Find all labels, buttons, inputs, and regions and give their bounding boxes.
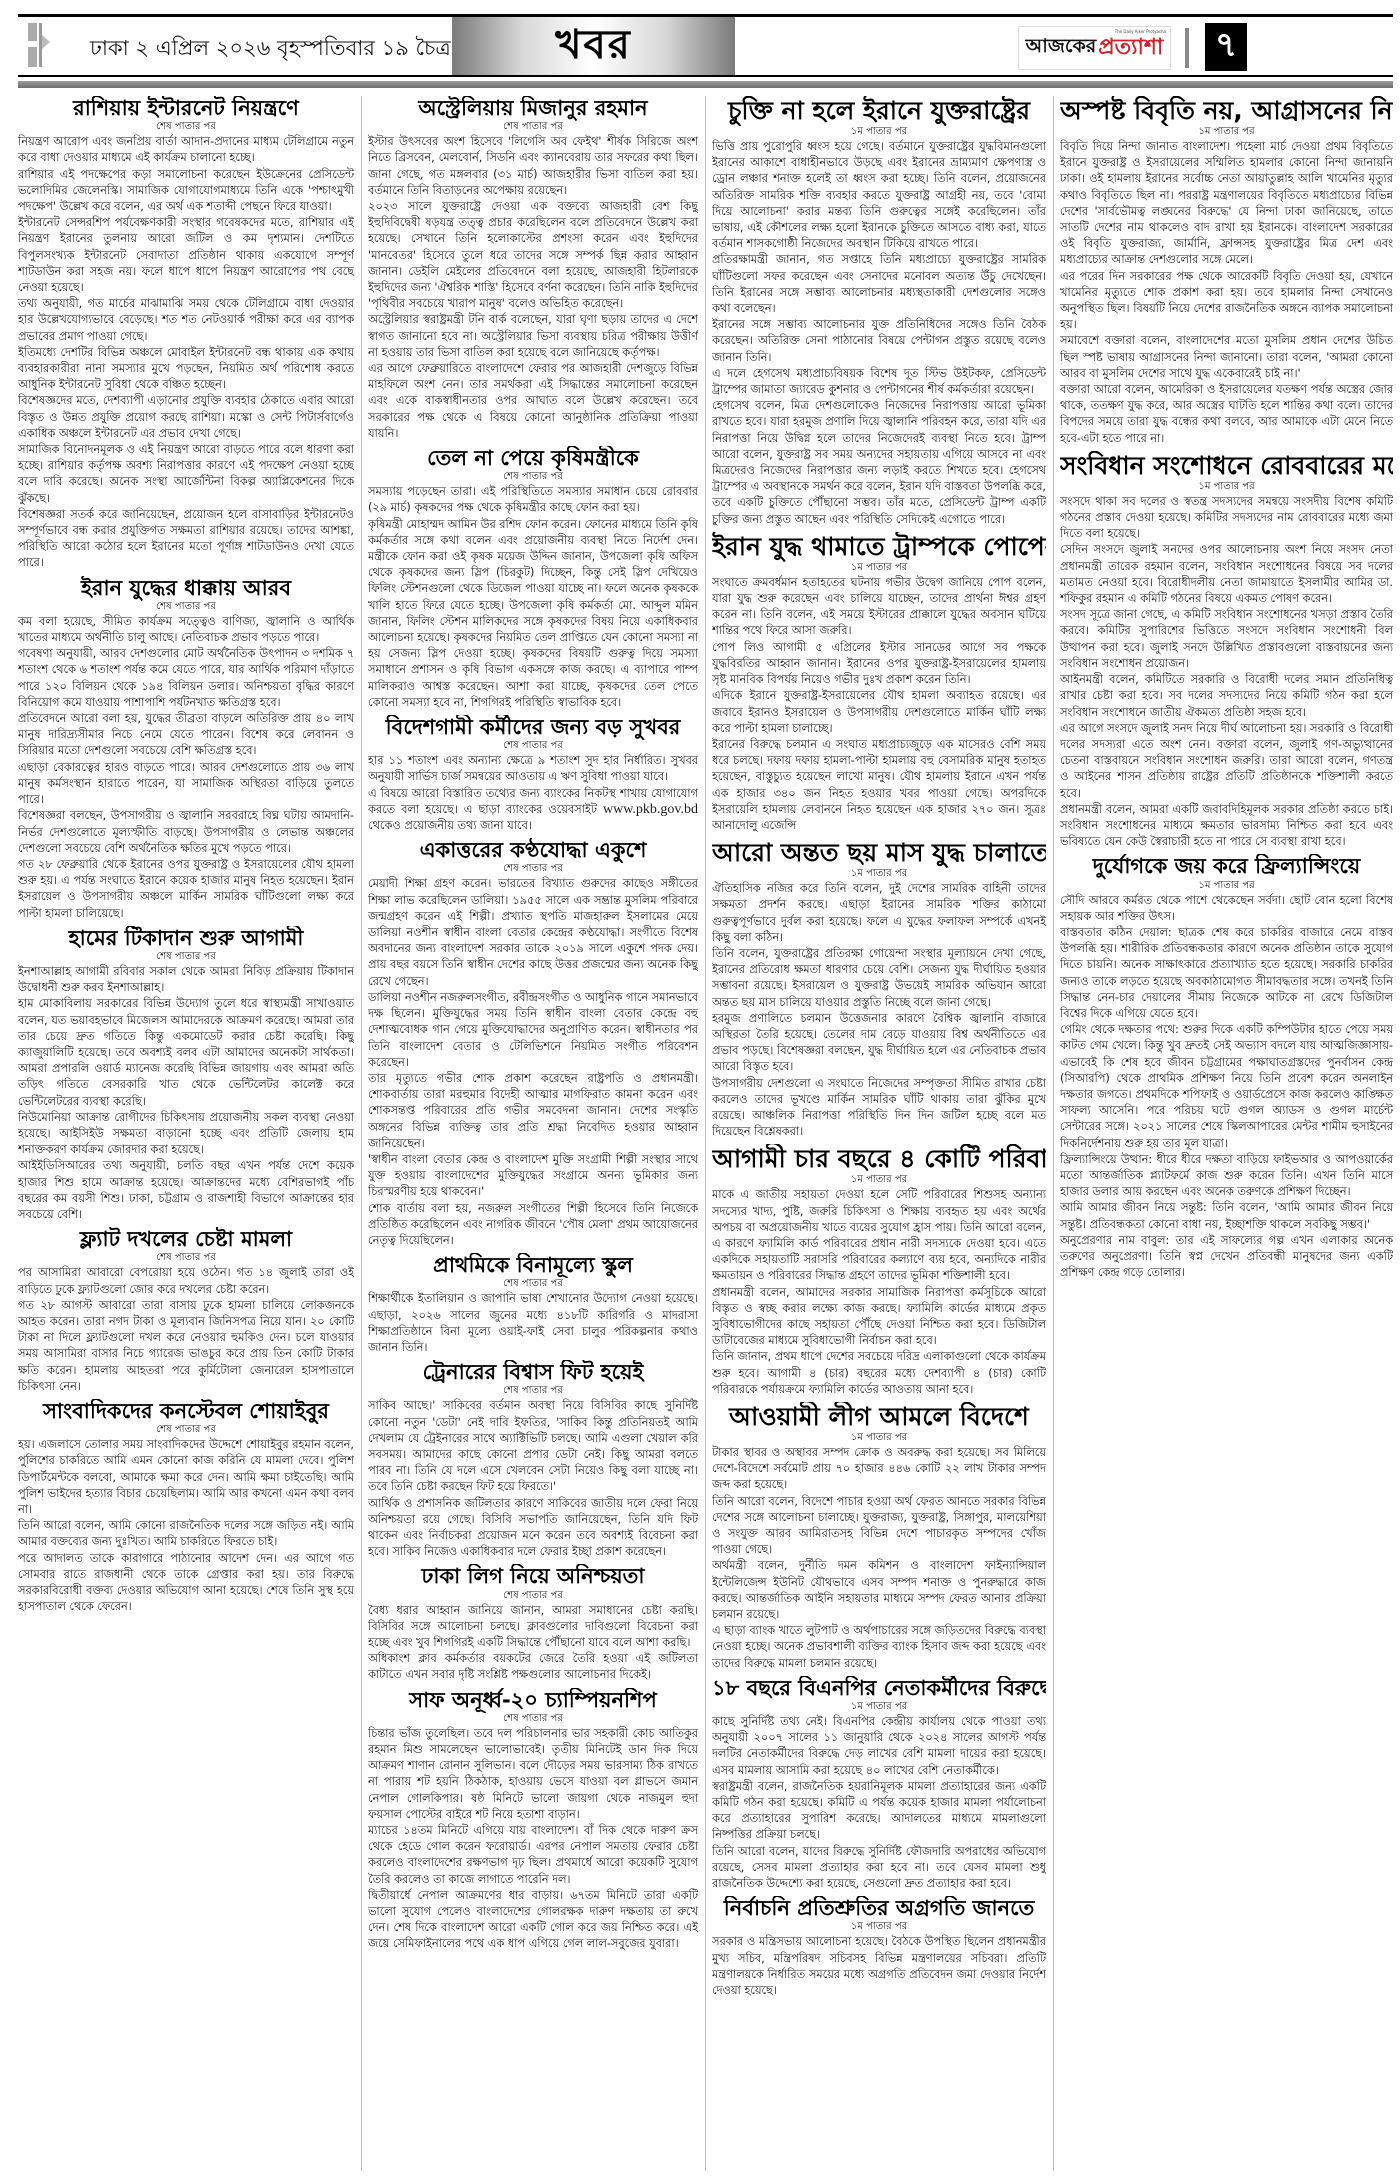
news-article: তেল না পেয়ে কৃষিমন্ত্রীকেশেষ পাতার পরসম… (368, 446, 698, 711)
article-headline[interactable]: আগামী চার বছরে ৪ কোটি পরিবার (712, 1144, 1046, 1174)
article-paragraph: ইরানের বিরুদ্ধে চলমান এ সংঘাত মধ্যপ্রাচ্… (712, 737, 1046, 834)
column-divider (1053, 96, 1054, 2171)
article-body: হার ১১ শতাংশ এবং অন্যান্য ক্ষেত্রে ৯ শতা… (368, 753, 698, 834)
article-paragraph: এদিকে ইরানে যুক্তরাষ্ট্র-ইসরায়েলের যৌথ … (712, 688, 1046, 737)
continued-from-label: ১ম পাতার পর (712, 1921, 1046, 1933)
article-paragraph: স্বরাষ্ট্রমন্ত্রী বলেন, রাজনৈতিক হয়রানি… (712, 1779, 1046, 1844)
article-body: সাকিব আছে।' সাকিবের বর্তমান অবস্থা নিয়ে… (368, 1398, 698, 1560)
continued-from-label: শেষ পাতার পর (368, 1713, 698, 1725)
continued-from-label: শেষ পাতার পর (368, 471, 698, 483)
article-text-tail: থেকেও প্রয়োজনীয় তথ্য জানা যাবে। (368, 819, 532, 832)
article-paragraph: কৃষিমন্ত্রী মোহাম্মদ আমিন উর রশিদ ফোন কর… (368, 517, 698, 711)
article-body: সংঘাতে ক্রমবর্ধমান হতাহতের ঘটনায় গভীর উ… (712, 575, 1046, 834)
article-paragraph: প্রধানমন্ত্রী বলেন, আমরা একটি জবাবদিহিমূ… (1060, 802, 1393, 851)
logo-text-part2: প্রত্যাশা (1098, 30, 1163, 67)
article-paragraph: রাশিয়ার এই পদক্ষেপের কড়া সমালোচনা করেছ… (18, 167, 354, 216)
article-paragraph: সংসদে থাকা সব দলের ও স্বতন্ত্র সদস্যদের … (1060, 494, 1393, 543)
article-paragraph: হাম মোকাবিলায় সরকারের বিভিন্ন উদ্যোগ তু… (18, 996, 354, 1109)
article-paragraph: নিয়ন্ত্রণ আরোপ এবং জনপ্রিয় বার্তা আদান… (18, 134, 354, 166)
continued-from-label: শেষ পাতার পর (18, 1252, 354, 1264)
masthead-separator (1185, 28, 1189, 68)
article-paragraph: পর আসামিরা আবারো বেপরোয়া হয়ে ওঠেন। গত … (18, 1265, 354, 1297)
continued-from-label: শেষ পাতার পর (368, 1278, 698, 1290)
article-body: মাকে এ জাতীয় সহায়তা দেওয়া হলে সেটি পর… (712, 1187, 1046, 1398)
article-body: ইনশাআল্লাহ আগামী রবিবার সকাল থেকে আমরা ন… (18, 964, 354, 1223)
article-body: মেয়াদী শিক্ষা গ্রহণ করেন। ভারতের বিখ্যা… (368, 876, 698, 1249)
article-paragraph: তিনি জানান, প্রথম ধাপে দেশের সবচেয়ে দরি… (712, 1349, 1046, 1398)
article-body: নিয়ন্ত্রণ আরোপ এবং জনপ্রিয় বার্তা আদান… (18, 134, 354, 571)
continued-from-label: ১ম পাতার পর (1060, 880, 1393, 892)
article-headline[interactable]: ইরান যুদ্ধের ধাক্কায় আরব (18, 576, 354, 601)
logo-tagline: The Daily Ajker Protyasha (1115, 29, 1166, 34)
article-paragraph: ইতিমধ্যে দেশটির বিভিন্ন অঞ্চলে মোবাইল ইন… (18, 345, 354, 394)
continued-from-label: শেষ পাতার পর (368, 863, 698, 875)
logo-text-part1: আজকের (1026, 32, 1097, 64)
continued-from-label: শেষ পাতার পর (368, 740, 698, 752)
article-paragraph: ভিত্তি প্রায় পুরোপুরি ধ্বংস হয়ে গেছে। … (712, 139, 1046, 252)
news-article: ইরান যুদ্ধ থামাতে ট্রাম্পকে পোপের১ম পাতা… (712, 532, 1046, 834)
continued-from-label: শেষ পাতার পর (18, 121, 354, 133)
article-headline[interactable]: ইরান যুদ্ধ থামাতে ট্রাম্পকে পোপের (712, 532, 1046, 562)
news-article: সংবিধান সংশোধনে রোববারের মধ্যে১ম পাতার প… (1060, 451, 1393, 850)
article-paragraph: সমাবেশে বক্তারা বলেন, বাংলাদেশের মতো মুস… (1060, 333, 1393, 382)
news-article: নির্বাচনি প্রতিশ্রুতির অগ্রগতি জানতে১ম প… (712, 1896, 1046, 1999)
article-paragraph: শিক্ষার্থীকে ইতালিয়ান ও জাপানি ভাষা শেখ… (368, 1291, 698, 1356)
article-paragraph: এ ছাড়া ব্যাংক খাতে লুটপাট ও অর্থপাচারের… (712, 1623, 1046, 1672)
masthead-gray-band (18, 81, 1393, 88)
column-1: রাশিয়ায় ইন্টারনেট নিয়ন্ত্রণেশেষ পাতার… (18, 96, 354, 2171)
article-paragraph: তিনি আরো বলেন, বিদেশে পাচার হওয়া অর্থ ফ… (712, 1494, 1046, 1559)
article-paragraph: সরকার ও মন্ত্রিসভায় আলোচনা হয়েছে। বৈঠক… (712, 1934, 1046, 1999)
article-paragraph: গবেষণা অনুযায়ী, আরব দেশগুলোর মোট অর্থনৈ… (18, 646, 354, 711)
article-paragraph: তিনি আরো বলেন, আমি কোনো রাজনৈতিক দলের সঙ… (18, 1518, 354, 1550)
article-headline[interactable]: ঢাকা লিগ নিয়ে অনিশ্চয়তা (368, 1564, 698, 1589)
article-paragraph: কাছে সুনির্দিষ্ট তথ্য নেই। বিএনপির কেন্দ… (712, 1714, 1046, 1779)
article-paragraph: নিউমোনিয়া আক্রান্ত রোগীদের চিকিৎসায় প্… (18, 1110, 354, 1159)
newspaper-logo: আজকের প্রত্যাশা The Daily Ajker Protyash… (1018, 26, 1171, 70)
article-paragraph: আইনমন্ত্রী বলেন, কমিটিতে সরকারি ও বিরোধী… (1060, 672, 1393, 721)
article-headline[interactable]: ট্রেনারের বিশ্বাস ফিট হয়েই (368, 1360, 698, 1385)
article-paragraph: অনুপ্রেরণার নাম বাবুল: তার এই সাফল্যের গ… (1060, 1233, 1393, 1282)
article-paragraph: সামাজিক বিনোদনমূলক ও এই নিয়ন্ত্রণ আরো ব… (18, 442, 354, 507)
article-headline[interactable]: একাত্তরের কণ্ঠযোদ্ধা একুশে (368, 838, 698, 863)
article-paragraph: বিশেষজ্ঞরা সতর্ক করে জানিয়েছেন, প্রয়োজ… (18, 507, 354, 572)
article-headline[interactable]: প্রাথমিকে বিনামূল্যে স্কুল (368, 1253, 698, 1278)
news-article: ঢাকা লিগ নিয়ে অনিশ্চয়তাশেষ পাতার পরবৈধ… (368, 1564, 698, 1683)
article-headline[interactable]: ১৮ বছরে বিএনপির নেতাকর্মীদের বিরুদ্ধে (712, 1676, 1046, 1701)
column-divider (705, 96, 706, 2171)
article-paragraph: হরমুজ প্রণালিতে চলমান উত্তেজনার কারণে বৈ… (712, 1011, 1046, 1076)
continued-from-label: ১ম পাতার পর (712, 1432, 1046, 1444)
news-article: ১৮ বছরে বিএনপির নেতাকর্মীদের বিরুদ্ধে১ম … (712, 1676, 1046, 1892)
news-article: দুর্যোগকে জয় করে ফ্রিল্যান্সিংয়ে১ম পাত… (1060, 854, 1393, 1281)
article-body: কম বলা হয়েছে, সীমিত কার্যক্রম সত্ত্বেও … (18, 614, 354, 922)
article-body: সৌদি আরবে কর্মরত থেকে পাশে থেকেছেন সর্বদ… (1060, 893, 1393, 1282)
article-body: কাছে সুনির্দিষ্ট তথ্য নেই। বিএনপির কেন্দ… (712, 1714, 1046, 1892)
article-headline[interactable]: সাংবাদিকদের কনস্টেবল শোয়াইবুর (18, 1399, 354, 1424)
section-title-banner: খবর (452, 17, 735, 75)
article-paragraph: ইন্টারনেট সেন্সরশিপ পর্যবেক্ষণকারী সংস্থ… (18, 215, 354, 296)
article-body: টাকার স্থাবর ও অস্থাবর সম্পদ ক্রোক ও অবর… (712, 1445, 1046, 1672)
article-paragraph: গেমিং থেকে দক্ষতার পথে: শুরুর দিকে একটি … (1060, 1022, 1393, 1152)
article-paragraph: মেয়াদী শিক্ষা গ্রহণ করেন। ভারতের বিখ্যা… (368, 876, 698, 989)
article-body: সরকার ও মন্ত্রিসভায় আলোচনা হয়েছে। বৈঠক… (712, 1934, 1046, 1999)
article-paragraph: ইরানের সঙ্গে সম্ভাব্য আলোচনার যুক্ত প্রত… (712, 317, 1046, 366)
article-body: শিক্ষার্থীকে ইতালিয়ান ও জাপানি ভাষা শেখ… (368, 1291, 698, 1356)
article-body: ঐতিহাসিক নজির করে তিনি বলেন, দুই দেশের স… (712, 881, 1046, 1140)
article-paragraph: এ দলে হেগসেথ মধ্যপ্রাচ্যবিষয়ক বিশেষ দূত… (712, 366, 1046, 398)
article-headline[interactable]: আরো অন্তত ছয় মাস যুদ্ধ চালাতে (712, 838, 1046, 868)
article-paragraph: আইইডিসিআরের তথ্য অনুযায়ী, চলতি বছর এখন … (18, 1158, 354, 1223)
article-headline[interactable]: অস্ট্রেলিয়ায় মিজানুর রহমান (368, 96, 698, 121)
continued-from-label: ১ম পাতার পর (712, 1701, 1046, 1713)
article-headline[interactable]: চুক্তি না হলে ইরানে যুক্তরাষ্ট্রের (712, 96, 1046, 126)
article-paragraph: ঐতিহাসিক নজির করে তিনি বলেন, দুই দেশের স… (712, 881, 1046, 946)
article-headline[interactable]: বিদেশগামী কর্মীদের জন্য বড় সুখবর (368, 715, 698, 740)
news-article: আরো অন্তত ছয় মাস যুদ্ধ চালাতে১ম পাতার প… (712, 838, 1046, 1140)
article-body: সমস্যায় পড়েছেন তারা। এই পরিস্থিতিতে সম… (368, 484, 698, 711)
article-paragraph: বৈধ্য ধরার আহ্বান জানিয়ে জানান, আমরা সম… (368, 1603, 698, 1652)
article-paragraph: ফ্রিল্যান্সিংয়ে উত্থান: ধীরে ধীরে দক্ষত… (1060, 1152, 1393, 1201)
article-paragraph: বিশেষজ্ঞরা বলছেন, উপসাগরীয় ও জ্বালানি স… (18, 808, 354, 857)
article-paragraph: বিশেষজ্ঞদের মতে, দেশব্যাপী এড়ানোর প্রযু… (18, 393, 354, 442)
article-headline[interactable]: আওয়ামী লীগ আমলে বিদেশে (712, 1402, 1046, 1432)
article-paragraph: এর আগে সংসদে জুলাই সনদ নিয়ে দীর্ঘ আলোচন… (1060, 721, 1393, 802)
article-body: চিন্তার ভাঁজ তুলেছিল। তবে দল পরিচালনার ভ… (368, 1726, 698, 1953)
article-paragraph: ২০২৩ সালে যুক্তরাষ্ট্রে দেওয়া এক বক্তব্… (368, 199, 698, 312)
article-paragraph: ইনশাআল্লাহ আগামী রবিবার সকাল থেকে আমরা ন… (18, 964, 354, 996)
article-paragraph: ম্যাচের ১৪তম মিনিটে এগিয়ে যায় বাংলাদেশ… (368, 1823, 698, 1888)
continued-from-label: ১ম পাতার পর (1060, 481, 1393, 493)
dateline: ঢাকা ২ এপ্রিল ২০২৬ বৃহস্পতিবার ১৯ চৈত্র … (90, 32, 512, 67)
page-marker-icon (28, 23, 48, 67)
article-paragraph: তিনি আরো বলেন, যাদের বিরুদ্ধে সুনির্দিষ্… (712, 1844, 1046, 1893)
article-paragraph: টাকার স্থাবর ও অস্থাবর সম্পদ ক্রোক ও অবর… (712, 1445, 1046, 1494)
article-paragraph: উপসাগরীয় দেশগুলো এ সংঘাতে নিজেদের সম্পৃ… (712, 1076, 1046, 1141)
continued-from-label: শেষ পাতার পর (368, 1385, 698, 1397)
column-2: অস্ট্রেলিয়ায় মিজানুর রহমানশেষ পাতার পর… (368, 96, 698, 2171)
article-paragraph: তথ্য অনুযায়ী, গত মার্চের মাঝামাঝি সময় … (18, 296, 354, 345)
article-body: সংসদে থাকা সব দলের ও স্বতন্ত্র সদস্যদের … (1060, 494, 1393, 850)
article-paragraph: সংঘাতে ক্রমবর্ধমান হতাহতের ঘটনায় গভীর উ… (712, 575, 1046, 640)
continued-from-label: ১ম পাতার পর (712, 126, 1046, 138)
article-paragraph: তার মৃত্যুতে গভীর শোক প্রকাশ করেছেন রাষ্… (368, 1071, 698, 1152)
news-article: চুক্তি না হলে ইরানে যুক্তরাষ্ট্রের১ম পাত… (712, 96, 1046, 528)
masthead: ঢাকা ২ এপ্রিল ২০২৬ বৃহস্পতিবার ১৯ চৈত্র … (18, 14, 1393, 88)
article-paragraph: শোক বার্তায় বলা হয়, নজরুল সংগীতের শিল্… (368, 1201, 698, 1250)
article-paragraph: বাস্তবতার কঠিন দেয়াল: ছাত্রক শেষ করে চা… (1060, 925, 1393, 1022)
article-paragraph: এর পরের দিন সরকারের পক্ষ থেকে আরেকটি বিব… (1060, 269, 1393, 334)
article-body: পর আসামিরা আবারো বেপরোয়া হয়ে ওঠেন। গত … (18, 1265, 354, 1395)
news-columns: রাশিয়ায় ইন্টারনেট নিয়ন্ত্রণেশেষ পাতার… (18, 96, 1393, 2171)
article-paragraph: চিন্তার ভাঁজ তুলেছিল। তবে দল পরিচালনার ভ… (368, 1726, 698, 1823)
article-headline[interactable]: রাশিয়ায় ইন্টারনেট নিয়ন্ত্রণে (18, 96, 354, 121)
continued-from-label: শেষ পাতার পর (18, 601, 354, 613)
article-paragraph: সংসদ সূত্রে জানা গেছে, এ কমিটি সংবিধান স… (1060, 607, 1393, 672)
article-paragraph: এছাড়া বেকারত্বের হারও বাড়তে পারে। আরব … (18, 760, 354, 809)
article-paragraph: প্রতিরক্ষামন্ত্রী জানান, গত সপ্তাহে তিনি… (712, 252, 1046, 317)
column-4: অস্পষ্ট বিবৃতি নয়, আগ্রাসনের নিন্দা১ম প… (1060, 96, 1393, 2171)
article-paragraph: এ বিষয়ে আরো বিস্তারিত তথ্যের জন্য ব্যাং… (368, 786, 698, 835)
article-body: হয়। এজলাসে তোলার সময় সাংবাদিকদের উদ্দে… (18, 1437, 354, 1615)
article-paragraph: সৌদি আরবে কর্মরত থেকে পাশে থেকেছেন সর্বদ… (1060, 893, 1393, 925)
article-paragraph: প্রতিবেদনে আরো বলা হয়, যুদ্ধের তীব্রতা … (18, 711, 354, 760)
news-article: ফ্ল্যাট দখলের চেষ্টা মামলাশেষ পাতার পরপর… (18, 1227, 354, 1395)
news-article: ট্রেনারের বিশ্বাস ফিট হয়েইশেষ পাতার পরস… (368, 1360, 698, 1560)
continued-from-label: শেষ পাতার পর (18, 1424, 354, 1436)
news-article: অস্পষ্ট বিবৃতি নয়, আগ্রাসনের নিন্দা১ম প… (1060, 96, 1393, 447)
article-paragraph: তিনি বলেন, যুক্তরাষ্ট্রের প্রতিরক্ষা গোয… (712, 946, 1046, 1011)
news-article: হামের টিকাদান শুরু আগামীশেষ পাতার পরইনশা… (18, 926, 354, 1223)
article-headline[interactable]: দুর্যোগকে জয় করে ফ্রিল্যান্সিংয়ে (1060, 854, 1393, 879)
article-paragraph: কম বলা হয়েছে, সীমিত কার্যক্রম সত্ত্বেও … (18, 614, 354, 646)
news-article: অস্ট্রেলিয়ায় মিজানুর রহমানশেষ পাতার পর… (368, 96, 698, 442)
news-article: প্রাথমিকে বিনামূল্যে স্কুলশেষ পাতার পরশি… (368, 1253, 698, 1356)
article-paragraph: ইস্টার উৎসবের অংশ হিসেবে 'লিগেসি অব ফেইথ… (368, 134, 698, 199)
news-article: সাংবাদিকদের কনস্টেবল শোয়াইবুরশেষ পাতার … (18, 1399, 354, 1615)
article-headline[interactable]: তেল না পেয়ে কৃষিমন্ত্রীকে (368, 446, 698, 471)
article-paragraph: অস্ট্রেলিয়ার স্বরাষ্ট্রমন্ত্রী টনি বার্… (368, 312, 698, 361)
article-paragraph: সেদিন সংসদে জুলাই সনদের ওপর আলোচনায় অংশ… (1060, 542, 1393, 607)
continued-from-label: শেষ পাতার পর (18, 951, 354, 963)
article-paragraph: অর্থমন্ত্রী বলেন, দুর্নীতি দমন কমিশন ও ব… (712, 1558, 1046, 1623)
continued-from-label: ১ম পাতার পর (712, 562, 1046, 574)
article-paragraph: ডালিয়া নওশীন নজরুলসংগীত, রবীন্দ্রসংগীত … (368, 990, 698, 1071)
article-paragraph: হয়। এজলাসে তোলার সময় সাংবাদিকদের উদ্দে… (18, 1437, 354, 1518)
article-paragraph: আর্থিক ও প্রশাসনিক জটিলতার কারণে সাকিবের… (368, 1496, 698, 1561)
article-headline[interactable]: হামের টিকাদান শুরু আগামী (18, 926, 354, 951)
article-paragraph: 'স্বাধীন বাংলা বেতার কেন্দ্র ও বাংলাদেশ … (368, 1152, 698, 1201)
article-paragraph: মাকে এ জাতীয় সহায়তা দেওয়া হলে সেটি পর… (712, 1187, 1046, 1284)
article-paragraph: সাকিব আছে।' সাকিবের বর্তমান অবস্থা নিয়ে… (368, 1398, 698, 1495)
article-headline[interactable]: ফ্ল্যাট দখলের চেষ্টা মামলা (18, 1227, 354, 1252)
news-article: আওয়ামী লীগ আমলে বিদেশে১ম পাতার পরটাকার … (712, 1402, 1046, 1672)
news-article: বিদেশগামী কর্মীদের জন্য বড় সুখবরশেষ পাত… (368, 715, 698, 834)
article-paragraph: সমস্যায় পড়েছেন তারা। এই পরিস্থিতিতে সম… (368, 484, 698, 516)
article-headline[interactable]: সাফ অনূর্ধ্ব-২০ চ্যাম্পিয়নশিপ (368, 1688, 698, 1713)
website-link[interactable]: www.pkb.gov.bd (603, 802, 698, 817)
article-headline[interactable]: নির্বাচনি প্রতিশ্রুতির অগ্রগতি জানতে (712, 1896, 1046, 1921)
news-article: একাত্তরের কণ্ঠযোদ্ধা একুশেশেষ পাতার পরমে… (368, 838, 698, 1249)
article-paragraph: বিবৃতি দিয়ে নিন্দা জানাত বাংলাদেশ। পহেল… (1060, 139, 1393, 269)
article-paragraph: হেগসেথ বলেন, মিত্র দেশগুলোকেও নিজেদের নি… (712, 398, 1046, 528)
continued-from-label: ১ম পাতার পর (712, 1174, 1046, 1186)
news-article: ইরান যুদ্ধের ধাক্কায় আরবশেষ পাতার পরকম … (18, 576, 354, 922)
article-body: বিবৃতি দিয়ে নিন্দা জানাত বাংলাদেশ। পহেল… (1060, 139, 1393, 447)
article-paragraph: পরে আদালত তাকে কারাগারে পাঠানোর আদেশ দেন… (18, 1551, 354, 1616)
column-divider (361, 96, 362, 2171)
article-paragraph: হার ১১ শতাংশ এবং অন্যান্য ক্ষেত্রে ৯ শতা… (368, 753, 698, 785)
continued-from-label: ১ম পাতার পর (1060, 126, 1393, 138)
article-paragraph: অধিকাংশ ক্লাব কর্মকর্তার বয়কটের জেরে তৈ… (368, 1651, 698, 1683)
article-paragraph: এর আগে ফেব্রুয়ারিতে বাংলাদেশে ফেরার পর … (368, 361, 698, 442)
continued-from-label: শেষ পাতার পর (368, 121, 698, 133)
article-paragraph: দ্বিতীয়ার্ধে নেপাল আক্রমণের ধার বাড়ায়… (368, 1888, 698, 1953)
news-article: রাশিয়ায় ইন্টারনেট নিয়ন্ত্রণেশেষ পাতার… (18, 96, 354, 572)
article-headline[interactable]: সংবিধান সংশোধনে রোববারের মধ্যে (1060, 451, 1393, 481)
page-number: ৭ (1205, 23, 1247, 71)
article-paragraph: পোপ লিও আগামী ৫ এপ্রিলের ইস্টার সানডের আ… (712, 640, 1046, 689)
article-paragraph: গত ২৮ ফেব্রুয়ারি থেকে ইরানের ওপর যুক্তর… (18, 857, 354, 922)
news-article: সাফ অনূর্ধ্ব-২০ চ্যাম্পিয়নশিপশেষ পাতার … (368, 1688, 698, 1953)
article-paragraph: প্রধানমন্ত্রী বলেন, আমাদের সরকার সামাজিক… (712, 1285, 1046, 1350)
continued-from-label: ১ম পাতার পর (712, 868, 1046, 880)
column-3: চুক্তি না হলে ইরানে যুক্তরাষ্ট্রের১ম পাত… (712, 96, 1046, 2171)
article-paragraph: গত ২৮ আগস্ট আবারো তারা বাসায় ঢুকে হামলা… (18, 1298, 354, 1395)
article-body: ইস্টার উৎসবের অংশ হিসেবে 'লিগেসি অব ফেইথ… (368, 134, 698, 442)
article-body: ভিত্তি প্রায় পুরোপুরি ধ্বংস হয়ে গেছে। … (712, 139, 1046, 528)
article-paragraph: বক্তারা আরো বলেন, আমেরিকা ও ইসরায়েলের য… (1060, 382, 1393, 447)
masthead-bottom-rule (18, 75, 1393, 77)
article-headline[interactable]: অস্পষ্ট বিবৃতি নয়, আগ্রাসনের নিন্দা (1060, 96, 1393, 126)
continued-from-label: শেষ পাতার পর (368, 1590, 698, 1602)
article-body: বৈধ্য ধরার আহ্বান জানিয়ে জানান, আমরা সম… (368, 1603, 698, 1684)
news-article: আগামী চার বছরে ৪ কোটি পরিবার১ম পাতার পরম… (712, 1144, 1046, 1398)
article-paragraph: আমি আমার জীবন নিয়ে সন্তুষ্ট: তিনি বলেন,… (1060, 1200, 1393, 1232)
section-title: খবর (555, 13, 632, 80)
